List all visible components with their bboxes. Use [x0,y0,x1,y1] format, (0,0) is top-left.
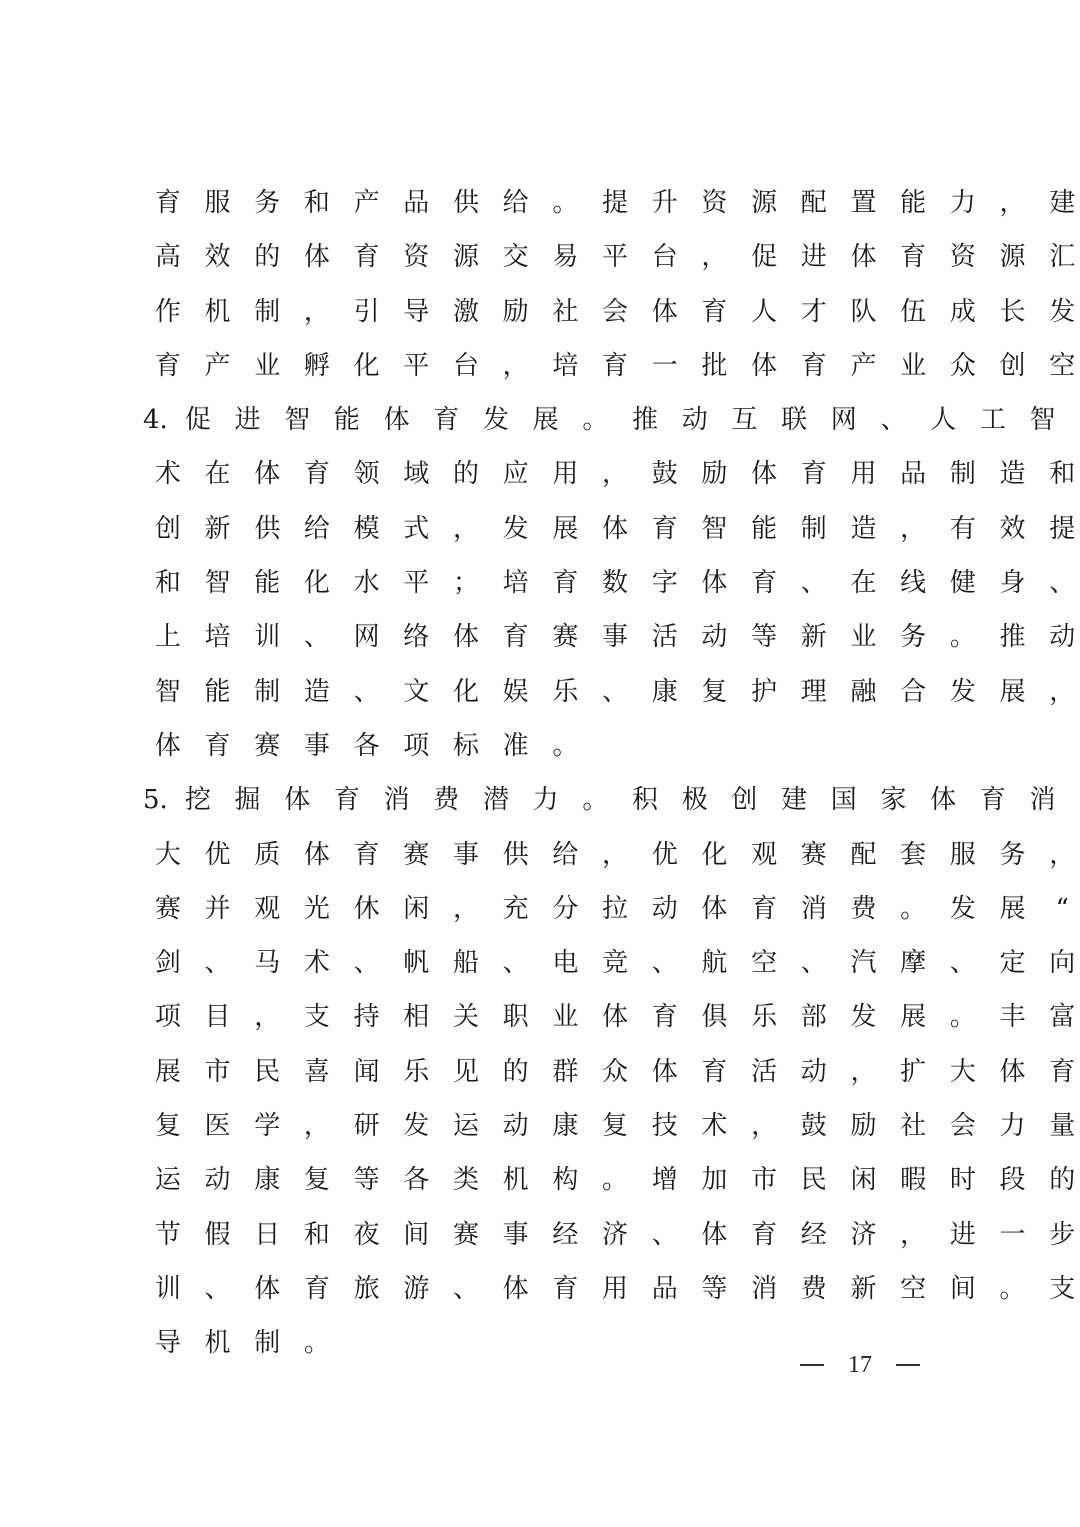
text-line: 运动康复等各类机构。增加市民闲暇时段的体育服务供给，发展 [143,1153,943,1207]
right-dash [896,1364,920,1366]
text-line: 体育赛事各项标准。 [143,719,943,773]
text-line: 剑、马术、帆船、电竞、航空、汽摩、定向等具有消费引领特征的体育 [143,936,943,990]
text-line: 4.促进智能体育发展。推动互联网、人工智能、大数据等新技 [143,393,943,447]
text-line: 项目，支持相关职业体育俱乐部发展。丰富全民健身服务供给，开 [143,990,943,1044]
text-line: 作机制，引导激励社会体育人才队伍成长发展。鼓励设立各类体 [143,285,943,339]
text-line: 高效的体育资源交易平台，促进体育资源汇集。完善职业鉴定工 [143,230,943,284]
text-line: 节假日和夜间赛事经济、体育经济，进一步拓展体育健身、体育培 [143,1208,943,1262]
body-text: 育服务和产品供给。提升资源配置能力，建设更加规范专业、运行高效的体育资源交易平台… [143,176,943,1371]
text-line: 大优质体育赛事供给，优化观赛配套服务，吸引国内外游客来沪观 [143,828,943,882]
document-page: 育服务和产品供给。提升资源配置能力，建设更加规范专业、运行高效的体育资源交易平台… [0,0,1080,1527]
page-number: 17 [848,1352,872,1379]
text-line: 育服务和产品供给。提升资源配置能力，建设更加规范专业、运行 [143,176,943,230]
text-line: 育产业孵化平台，培育一批体育产业众创空间。 [143,339,943,393]
text-line: 复医学，研发运动康复技术，鼓励社会力量开办康体、体质测定和 [143,1099,943,1153]
left-dash [800,1364,824,1366]
text-line: 智能制造、文化娱乐、康复护理融合发展，鼓励企业研究制定智能 [143,665,943,719]
text-line: 和智能化水平；培育数字体育、在线健身、智慧传媒新业态，支持线 [143,556,943,610]
page-footer: 17 [800,1350,920,1380]
text-line: 展市民喜闻乐见的群众体育活动，扩大体育参与度。发展运动康 [143,1045,943,1099]
text-line: 上培训、网络体育赛事活动等新业务。推动智能体育与线上社交、 [143,610,943,664]
text-line: 术在体育领域的应用，鼓励体育用品制造和销售企业研发新产品、 [143,447,943,501]
text-line: 5.挖掘体育消费潜力。积极创建国家体育消费试点城市。扩 [143,773,943,827]
text-line: 赛并观光休闲，充分拉动体育消费。发展“三大球”、路跑、冰雪、击 [143,882,943,936]
text-line: 训、体育旅游、体育用品等消费新空间。支持各区创新体育消费引 [143,1262,943,1316]
text-line: 创新供给模式，发展体育智能制造，有效提升体育装备的科技含量 [143,502,943,556]
